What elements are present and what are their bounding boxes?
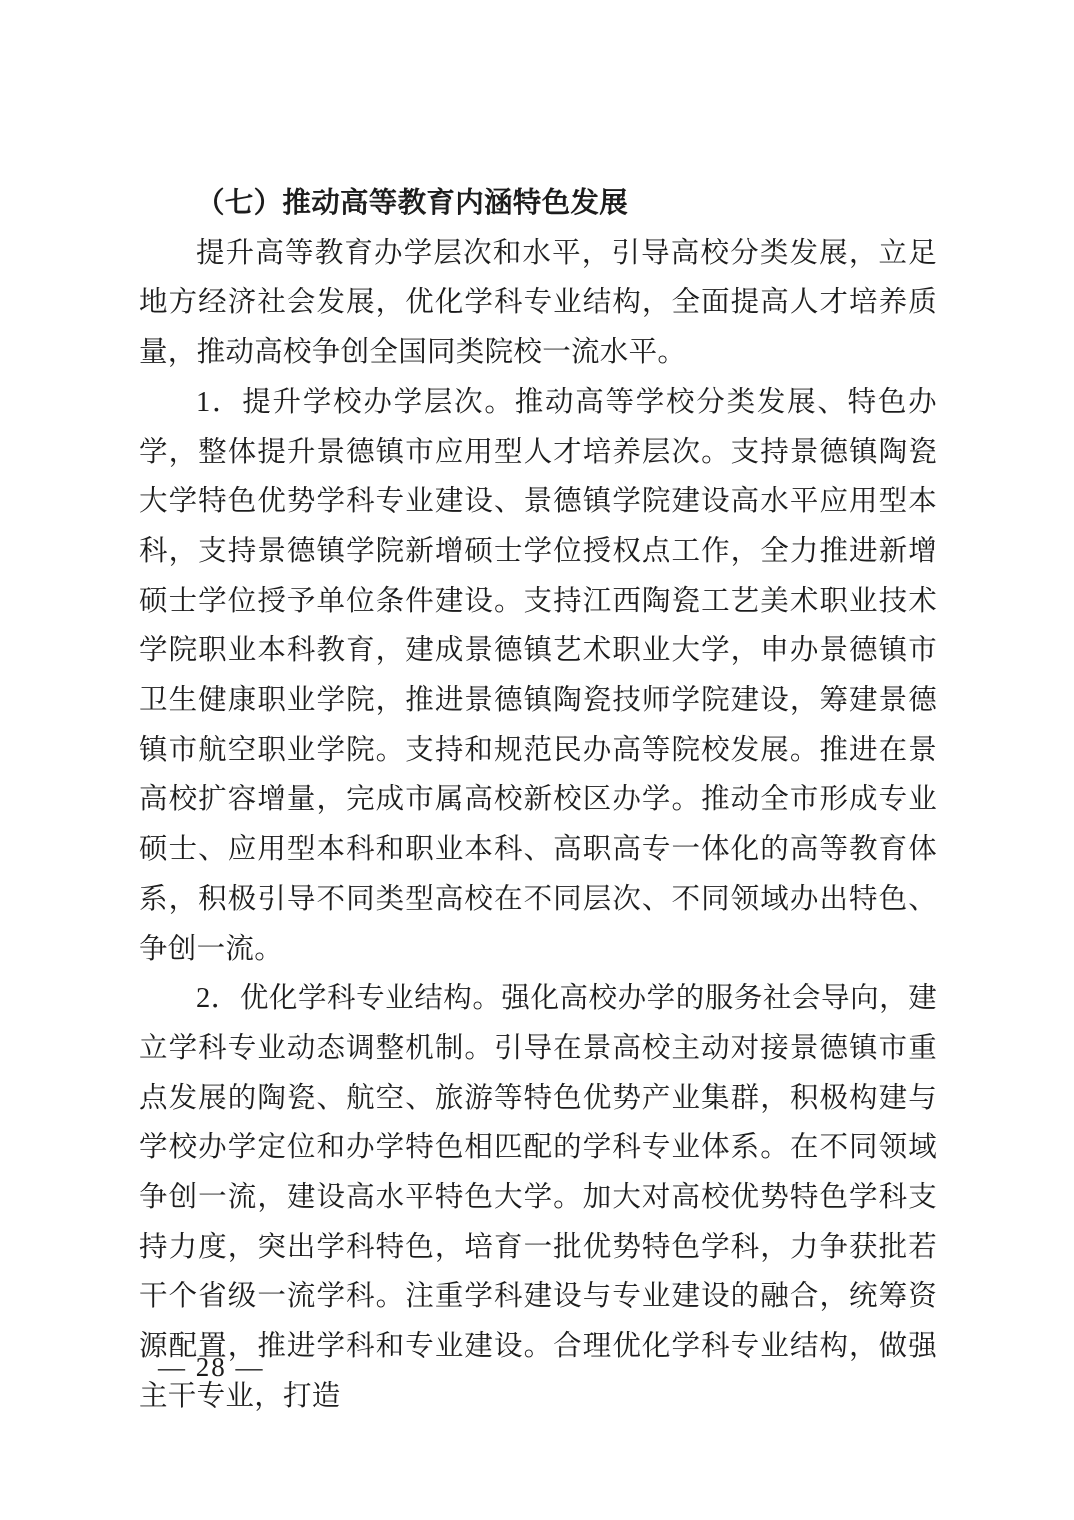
- document-page: （七）推动高等教育内涵特色发展 提升高等教育办学层次和水平，引导高校分类发展，立…: [0, 0, 1074, 1520]
- paragraph-item-1: 1．提升学校办学层次。推动高等学校分类发展、特色办学，整体提升景德镇市应用型人才…: [139, 378, 937, 974]
- document-body: （七）推动高等教育内涵特色发展 提升高等教育办学层次和水平，引导高校分类发展，立…: [139, 179, 937, 1422]
- section-heading: （七）推动高等教育内涵特色发展: [139, 179, 937, 229]
- page-number: — 28 —: [158, 1351, 265, 1383]
- paragraph-intro: 提升高等教育办学层次和水平，引导高校分类发展，立足地方经济社会发展，优化学科专业…: [139, 229, 937, 378]
